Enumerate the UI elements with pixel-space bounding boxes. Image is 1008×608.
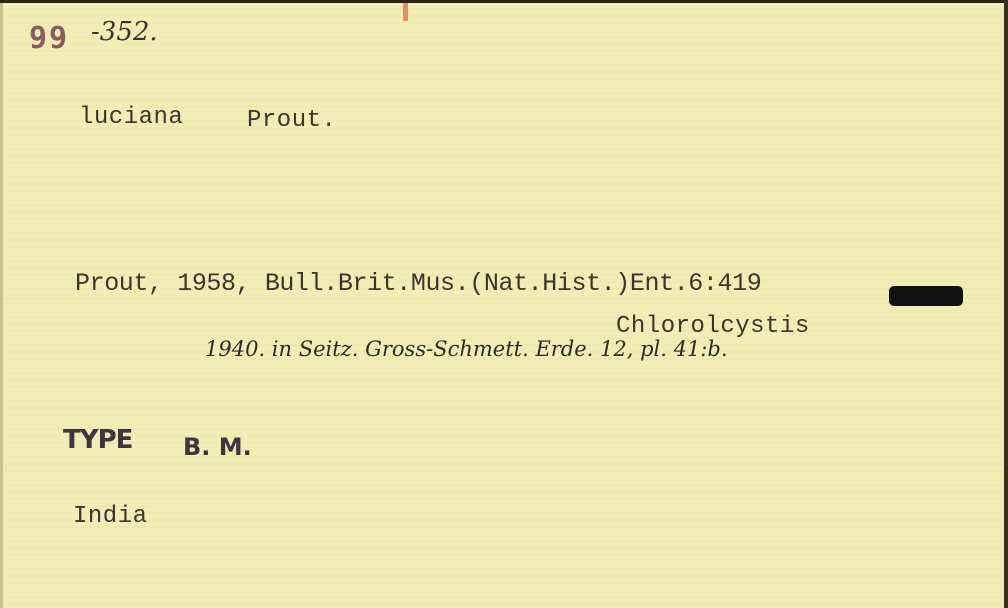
ruled-line <box>3 298 1004 299</box>
redacted-text-block <box>889 286 963 306</box>
index-card: 99 -352. luciana Prout. Prout, 1958, Bul… <box>0 3 1004 608</box>
locality: India <box>73 503 148 530</box>
type-stamp-location: B. M. <box>183 433 252 461</box>
accession-number-handwritten: -352. <box>91 17 158 47</box>
species-name: luciana <box>79 104 183 131</box>
genus-name: Chlorolcystis <box>616 313 810 340</box>
red-tab-mark <box>403 3 408 21</box>
handwritten-reference: 1940. in Seitz. Gross-Schmett. Erde. 12,… <box>205 337 728 361</box>
accession-number-stamp: 99 <box>29 21 69 56</box>
species-author: Prout. <box>247 107 336 134</box>
typed-reference: Prout, 1958, Bull.Brit.Mus.(Nat.Hist.)En… <box>75 269 761 298</box>
card-edge-shadow <box>1004 0 1008 608</box>
ruled-line <box>3 465 1004 466</box>
type-stamp-label: TYPE <box>63 425 132 455</box>
